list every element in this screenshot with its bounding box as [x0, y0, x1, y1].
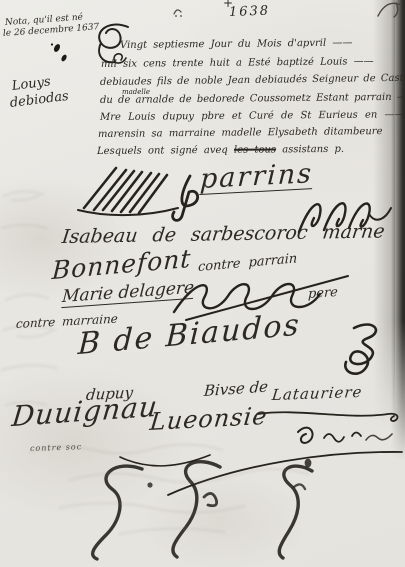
bleed-through-marks [0, 0, 405, 567]
manuscript-page: + 1638 Nota, qu'il est né le 26 decembre… [0, 0, 405, 567]
